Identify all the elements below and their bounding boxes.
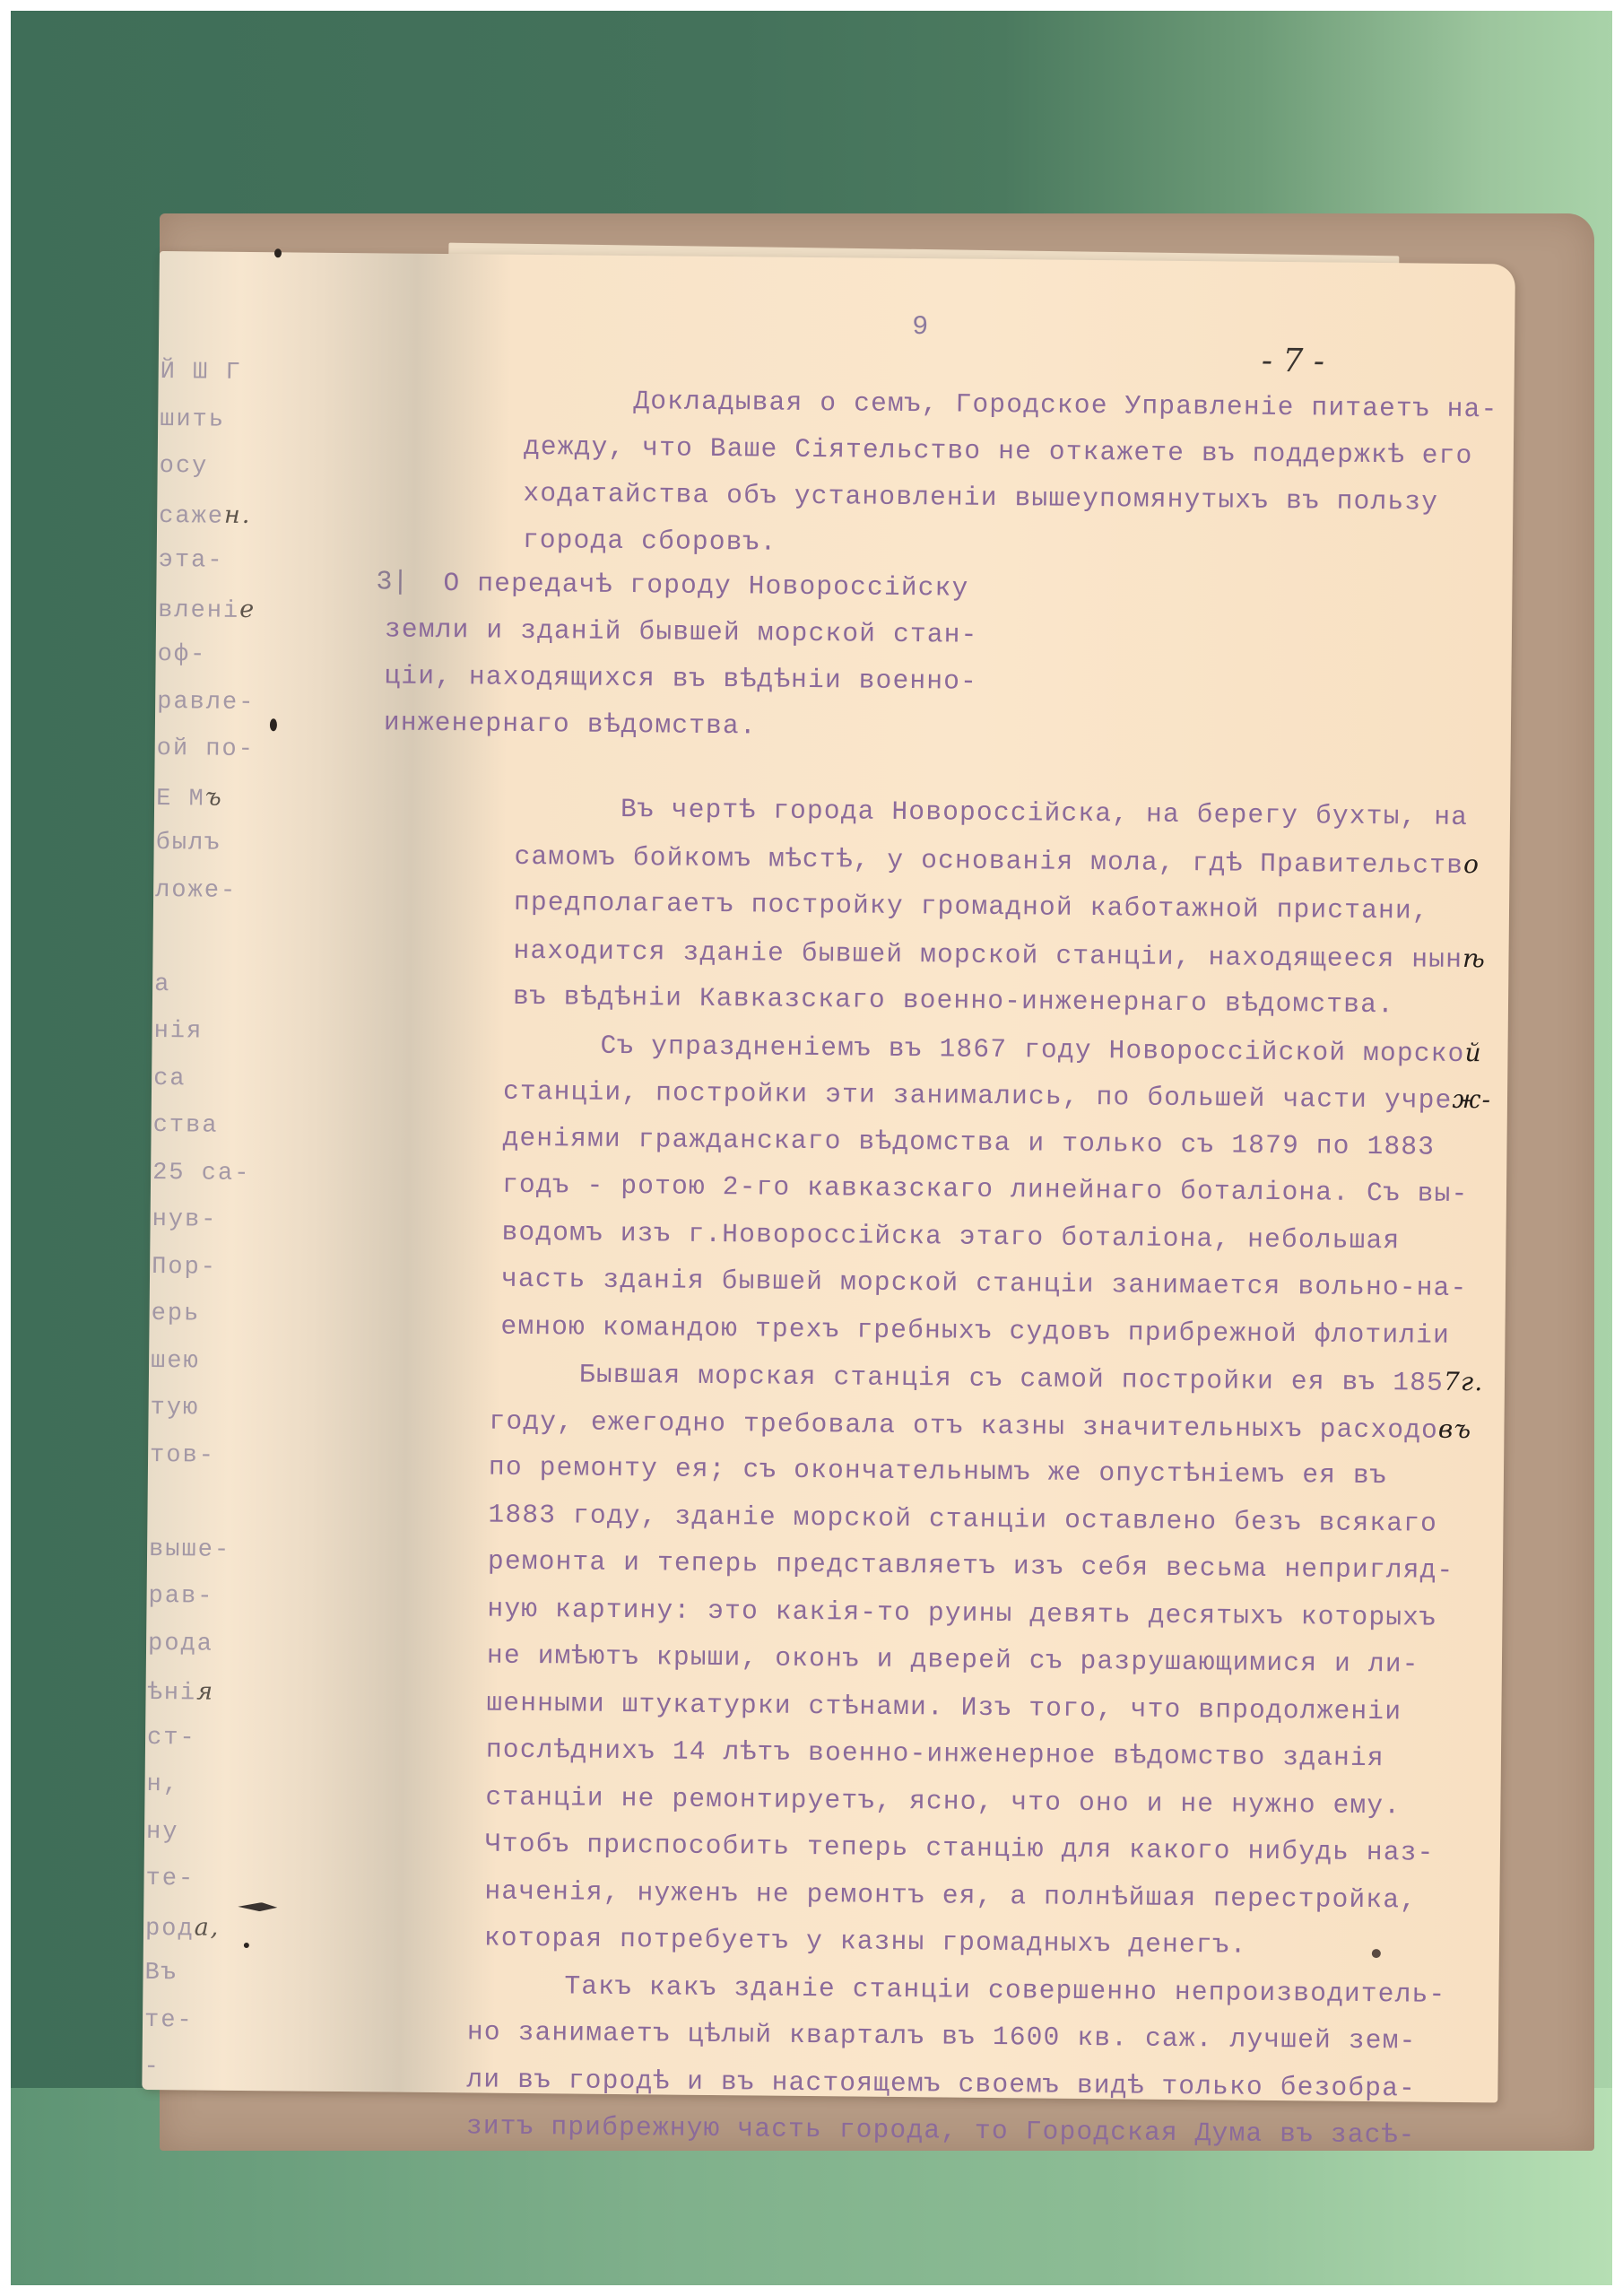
typed-text: са	[153, 1065, 187, 1091]
typed-text: оф-	[158, 641, 207, 669]
typed-text: саже	[159, 503, 224, 531]
typed-text: эта-	[159, 547, 224, 575]
typed-text: годъ - ротою 2-го кавказскаго линейнаго …	[502, 1170, 1469, 1209]
typed-text: находится зданіе бывшей морской станціи,…	[513, 935, 1462, 974]
handwritten-correction: а,	[195, 1913, 221, 1941]
body-line: 1883 году, зданіе морской станціи оставл…	[488, 1499, 1437, 1538]
handwritten-correction: ж-	[1452, 1084, 1491, 1114]
left-page-fragment: Е Мъ	[156, 782, 353, 813]
typed-text: нув-	[152, 1206, 217, 1234]
typed-text: послѣднихъ 14 лѣтъ военно-инженерное вѣд…	[486, 1735, 1384, 1774]
left-page-fragment: ложе-	[155, 876, 352, 905]
body-line: Чтобъ приспособить теперь станцію для ка…	[485, 1829, 1435, 1868]
typed-text: ст-	[147, 1724, 196, 1752]
typed-text: емною командою трехъ гребныхъ судовъ при…	[500, 1310, 1450, 1350]
typed-text: ства	[152, 1112, 218, 1140]
left-page-fragment: те-	[145, 1865, 343, 1894]
heading-line: земли и зданій бывшей морской стан-	[385, 613, 978, 649]
handwritten-correction: е	[239, 595, 256, 622]
ink-speck	[1372, 1949, 1381, 1958]
heading-line: О передачѣ городу Новороссійску	[443, 568, 968, 604]
typed-text: н,	[146, 1771, 179, 1798]
left-page-fragment: вленiе	[158, 595, 355, 626]
typed-text: Чтобъ приспособить теперь станцію для ка…	[485, 1829, 1435, 1868]
typed-text: часть зданія бывшей морской станціи зани…	[501, 1264, 1468, 1303]
body-line: наченія, нуженъ не ремонтъ ея, а полнѣйш…	[484, 1875, 1417, 1915]
left-page-fragment: ну	[146, 1818, 343, 1847]
typed-text: наченія, нуженъ не ремонтъ ея, а полнѣйш…	[484, 1875, 1417, 1915]
ink-speck	[244, 1943, 249, 1948]
typed-text: ремонта и теперь представляетъ изъ себя …	[488, 1546, 1454, 1586]
typed-text: ой по-	[157, 735, 256, 763]
body-line: годъ - ротою 2-го кавказскаго линейнаго …	[502, 1170, 1469, 1209]
left-page-fragment: ства	[152, 1112, 350, 1141]
typed-text: самомъ бойкомъ мѣстѣ, у основанія мола, …	[514, 840, 1463, 880]
handwritten-folio-number: - 7 -	[1262, 343, 1325, 380]
body-line: ную картину: это какія-то руины девять д…	[487, 1593, 1436, 1632]
typed-text: шею	[151, 1347, 200, 1375]
typed-text: инженернаго вѣдомства.	[384, 707, 757, 741]
typed-text: по ремонту ея; съ окончательнымъ же опус…	[489, 1452, 1387, 1492]
handwritten-correction: я	[196, 1677, 214, 1705]
left-page-fragment: са	[153, 1065, 351, 1093]
body-line: деніями гражданскаго вѣдомства и только …	[502, 1122, 1435, 1161]
handwritten-correction: 7г.	[1444, 1367, 1484, 1396]
body-line: по ремонту ея; съ окончательнымъ же опус…	[489, 1452, 1387, 1492]
typed-text: Й Ш Г	[161, 359, 242, 387]
left-page-fragment	[155, 924, 352, 926]
intro-line: Докладывая о семъ, Городское Управленіе …	[633, 386, 1497, 424]
typed-text: вленi	[158, 597, 239, 625]
left-page-fragment: ст-	[147, 1724, 344, 1752]
typed-text: равле-	[157, 688, 256, 716]
typed-text: водомъ изъ г.Новороссійска этаго боталіо…	[501, 1216, 1400, 1256]
handwritten-correction: въ	[1438, 1413, 1472, 1443]
typed-text: шить	[160, 406, 225, 434]
typed-text: ну	[146, 1818, 179, 1845]
handwritten-correction: ъ	[205, 783, 223, 811]
typed-text: рода	[148, 1630, 213, 1657]
body-line: предполагаетъ постройку громадной кабота…	[514, 887, 1429, 926]
left-page-fragment: ѣнія	[147, 1677, 344, 1709]
body-line: которая потребуетъ у казны громадныхъ де…	[484, 1923, 1247, 1961]
typed-text: предполагаетъ постройку громадной кабота…	[514, 887, 1429, 926]
body-line: ремонта и теперь представляетъ изъ себя …	[488, 1546, 1454, 1586]
typed-text: году, ежегодно требовала отъ казны значи…	[489, 1405, 1438, 1445]
intro-line: города сборовъ.	[523, 525, 777, 558]
typed-text: ціи, находящихся въ вѣдѣніи военно-	[384, 660, 977, 696]
typed-text: те-	[145, 1865, 195, 1893]
body-line: Бывшая морская станція съ самой постройк…	[579, 1359, 1484, 1399]
left-page-fragment: н,	[146, 1771, 343, 1800]
left-page-fragment: сажен.	[159, 500, 356, 532]
left-page-fragment: шить	[160, 406, 357, 435]
body-line: не имѣютъ крыши, оконъ и дверей съ разру…	[487, 1640, 1419, 1680]
heading-line: инженернаго вѣдомства.	[384, 707, 757, 741]
typed-text: тую	[150, 1395, 199, 1422]
typed-text: тов-	[150, 1441, 215, 1469]
left-page-fragment: нія	[154, 1018, 352, 1047]
binding-hole	[274, 248, 282, 257]
body-line: Въ чертѣ города Новороссійска, на берегу…	[621, 794, 1468, 832]
handwritten-correction: о	[1463, 848, 1480, 878]
body-line: Съ упраздненіемъ въ 1867 году Новороссій…	[600, 1029, 1482, 1068]
left-page-fragment: Въ	[144, 1960, 342, 1988]
typed-text: Въ	[144, 1960, 178, 1987]
left-page-fragment: 25 са-	[152, 1159, 350, 1187]
left-page-edge: Й Ш Гшитьосусажен.эта-вленiеоф-равле-ой …	[142, 251, 357, 2092]
typed-text: выше-	[149, 1535, 230, 1563]
left-page-fragment	[150, 1489, 347, 1491]
typed-text: ную картину: это какія-то руины девять д…	[487, 1593, 1436, 1632]
left-page-fragment: эта-	[159, 547, 356, 576]
handwritten-correction: н.	[224, 500, 252, 528]
typed-text: 25 са-	[152, 1159, 251, 1187]
left-page-fragment: рода	[148, 1630, 345, 1658]
left-page-fragment: Пор-	[152, 1253, 349, 1282]
left-page-fragment: осу	[160, 453, 357, 482]
left-page-fragment: рода,	[145, 1912, 343, 1944]
left-page-fragment: оф-	[158, 641, 355, 670]
typed-text: нія	[154, 1018, 204, 1046]
section-number: 3|	[376, 567, 408, 597]
left-page-fragment: равле-	[157, 688, 354, 717]
typed-text: которая потребуетъ у казны громадныхъ де…	[484, 1923, 1247, 1961]
typed-text: Бывшая морская станція съ самой постройк…	[579, 1360, 1444, 1398]
left-page-fragment: шею	[151, 1347, 348, 1376]
body-line: часть зданія бывшей морской станціи зани…	[501, 1264, 1468, 1303]
typed-text: ерь	[151, 1300, 200, 1328]
typed-text: дежду, что Ваше Сіятельство не откажете …	[524, 431, 1473, 471]
intro-line: ходатайства объ установленіи вышеупомяну…	[523, 478, 1438, 517]
body-line: но занимаетъ цѣлый кварталъ въ 1600 кв. …	[467, 2016, 1417, 2056]
left-page-fragment: ой по-	[157, 735, 354, 764]
left-page-fragment: ерь	[151, 1300, 348, 1329]
page-number: 9	[912, 312, 928, 343]
typed-text: деніями гражданскаго вѣдомства и только …	[502, 1122, 1435, 1161]
body-line: емною командою трехъ гребныхъ судовъ при…	[500, 1310, 1450, 1350]
typed-text: ложе-	[155, 876, 237, 904]
typed-text: Докладывая о семъ, Городское Управленіе …	[633, 386, 1497, 424]
left-page-fragment: выше-	[149, 1535, 346, 1564]
typed-text: не имѣютъ крыши, оконъ и дверей съ разру…	[487, 1640, 1419, 1680]
typed-text: земли и зданій бывшей морской стан-	[385, 613, 978, 649]
body-line: шенными штукатурки стѣнами. Изъ того, чт…	[486, 1687, 1402, 1726]
left-page-fragment: тов-	[150, 1441, 347, 1470]
body-line: станціи, постройки эти занимались, по бо…	[503, 1075, 1492, 1117]
typed-text: Такъ какъ зданіе станціи совершенно непр…	[564, 1970, 1445, 2009]
left-page-fragment: тую	[150, 1395, 347, 1423]
typed-text: въ вѣдѣніи Кавказскаго военно-инженернаг…	[513, 981, 1394, 1020]
typed-text: ѣні	[147, 1680, 196, 1708]
handwritten-correction: ѣ	[1462, 943, 1486, 972]
typed-text: те-	[144, 2006, 194, 2034]
typed-text: ходатайства объ установленіи вышеупомяну…	[523, 478, 1438, 517]
typed-text: Въ чертѣ города Новороссійска, на берегу…	[621, 794, 1468, 832]
body-line: находится зданіе бывшей морской станціи,…	[513, 934, 1486, 974]
typed-text: Пор-	[152, 1253, 217, 1281]
typed-text: 1883 году, зданіе морской станціи оставл…	[488, 1499, 1437, 1538]
typed-text: род	[145, 1915, 195, 1943]
typed-text: былъ	[156, 830, 221, 857]
typed-text: О передачѣ городу Новороссійску	[443, 568, 968, 604]
intro-line: дежду, что Ваше Сіятельство не откажете …	[524, 431, 1473, 471]
left-page-fragment: а	[154, 970, 352, 999]
handwritten-correction: й	[1464, 1038, 1482, 1067]
typed-text: а	[154, 970, 170, 997]
body-line: послѣднихъ 14 лѣтъ военно-инженерное вѣд…	[486, 1735, 1384, 1774]
body-line: водомъ изъ г.Новороссійска этаго боталіо…	[501, 1216, 1400, 1256]
left-page-fragment: -	[143, 2054, 341, 2083]
typed-text: но занимаетъ цѣлый кварталъ въ 1600 кв. …	[467, 2016, 1417, 2056]
typed-text: станціи, постройки эти занимались, по бо…	[503, 1076, 1453, 1116]
left-page-fragment: былъ	[156, 830, 353, 858]
left-page-fragment: Й Ш Г	[161, 359, 357, 387]
left-page-fragment: нув-	[152, 1206, 349, 1235]
body-line: въ вѣдѣніи Кавказскаго военно-инженернаг…	[513, 981, 1394, 1020]
typed-text: -	[143, 2054, 160, 2081]
typed-text: Е М	[156, 785, 205, 813]
typed-text: осу	[160, 453, 209, 481]
body-line: Такъ какъ зданіе станціи совершенно непр…	[564, 1970, 1445, 2009]
body-line: самомъ бойкомъ мѣстѣ, у основанія мола, …	[514, 839, 1480, 880]
heading-line: ціи, находящихся въ вѣдѣніи военно-	[384, 660, 977, 696]
typed-text: шенными штукатурки стѣнами. Изъ того, чт…	[486, 1687, 1402, 1726]
typed-text: города сборовъ.	[523, 525, 777, 558]
document-page: Й Ш Гшитьосусажен.эта-вленiеоф-равле-ой …	[142, 251, 1515, 2102]
typed-text: рав-	[148, 1583, 213, 1611]
left-page-fragment: рав-	[148, 1583, 345, 1612]
body-line: станціи не ремонтируетъ, ясно, что оно и…	[485, 1781, 1401, 1821]
typed-text: станціи не ремонтируетъ, ясно, что оно и…	[485, 1781, 1401, 1821]
typed-text: Съ упраздненіемъ въ 1867 году Новороссій…	[600, 1030, 1464, 1068]
body-line: году, ежегодно требовала отъ казны значи…	[489, 1405, 1471, 1446]
left-page-fragment: те-	[144, 2006, 342, 2035]
